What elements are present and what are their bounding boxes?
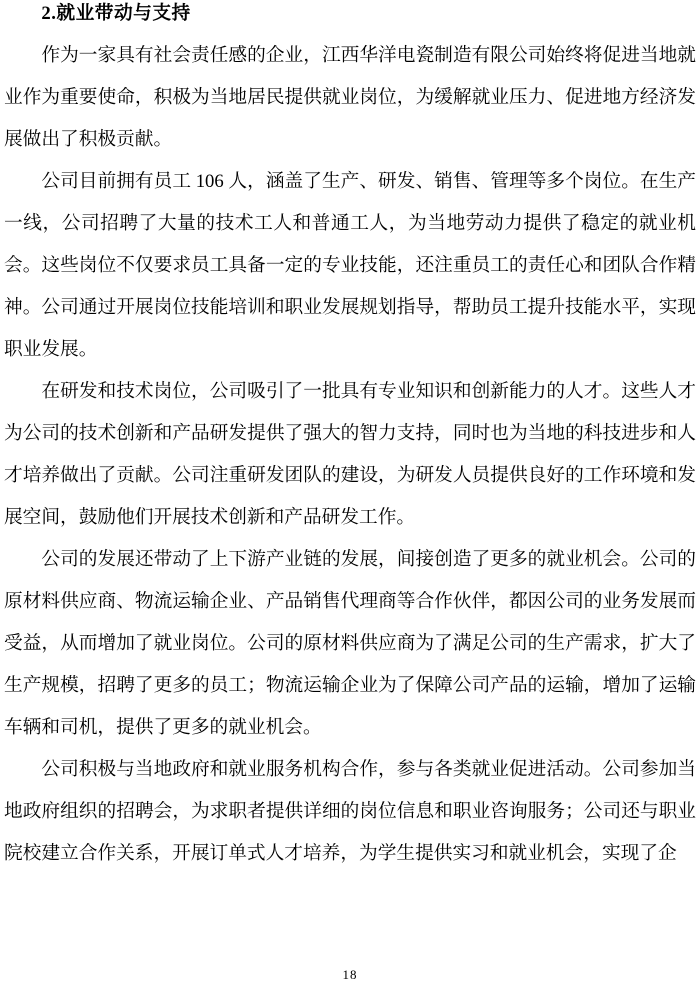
- document-page: 2.就业带动与支持 作为一家具有社会责任感的企业，江西华洋电瓷制造有限公司始终将…: [0, 0, 700, 989]
- page-number: 18: [343, 967, 358, 982]
- document-body: 2.就业带动与支持 作为一家具有社会责任感的企业，江西华洋电瓷制造有限公司始终将…: [4, 0, 696, 875]
- paragraph: 在研发和技术岗位，公司吸引了一批具有专业知识和创新能力的人才。这些人才为公司的技…: [4, 371, 696, 539]
- paragraph: 公司目前拥有员工 106 人，涵盖了生产、研发、销售、管理等多个岗位。在生产一线…: [4, 161, 696, 371]
- section-heading: 2.就业带动与支持: [4, 0, 696, 35]
- paragraph: 公司的发展还带动了上下游产业链的发展，间接创造了更多的就业机会。公司的原材料供应…: [4, 539, 696, 749]
- paragraph: 公司积极与当地政府和就业服务机构合作，参与各类就业促进活动。公司参加当地政府组织…: [4, 749, 696, 875]
- paragraph: 作为一家具有社会责任感的企业，江西华洋电瓷制造有限公司始终将促进当地就业作为重要…: [4, 35, 696, 161]
- page-footer: 18: [0, 966, 700, 984]
